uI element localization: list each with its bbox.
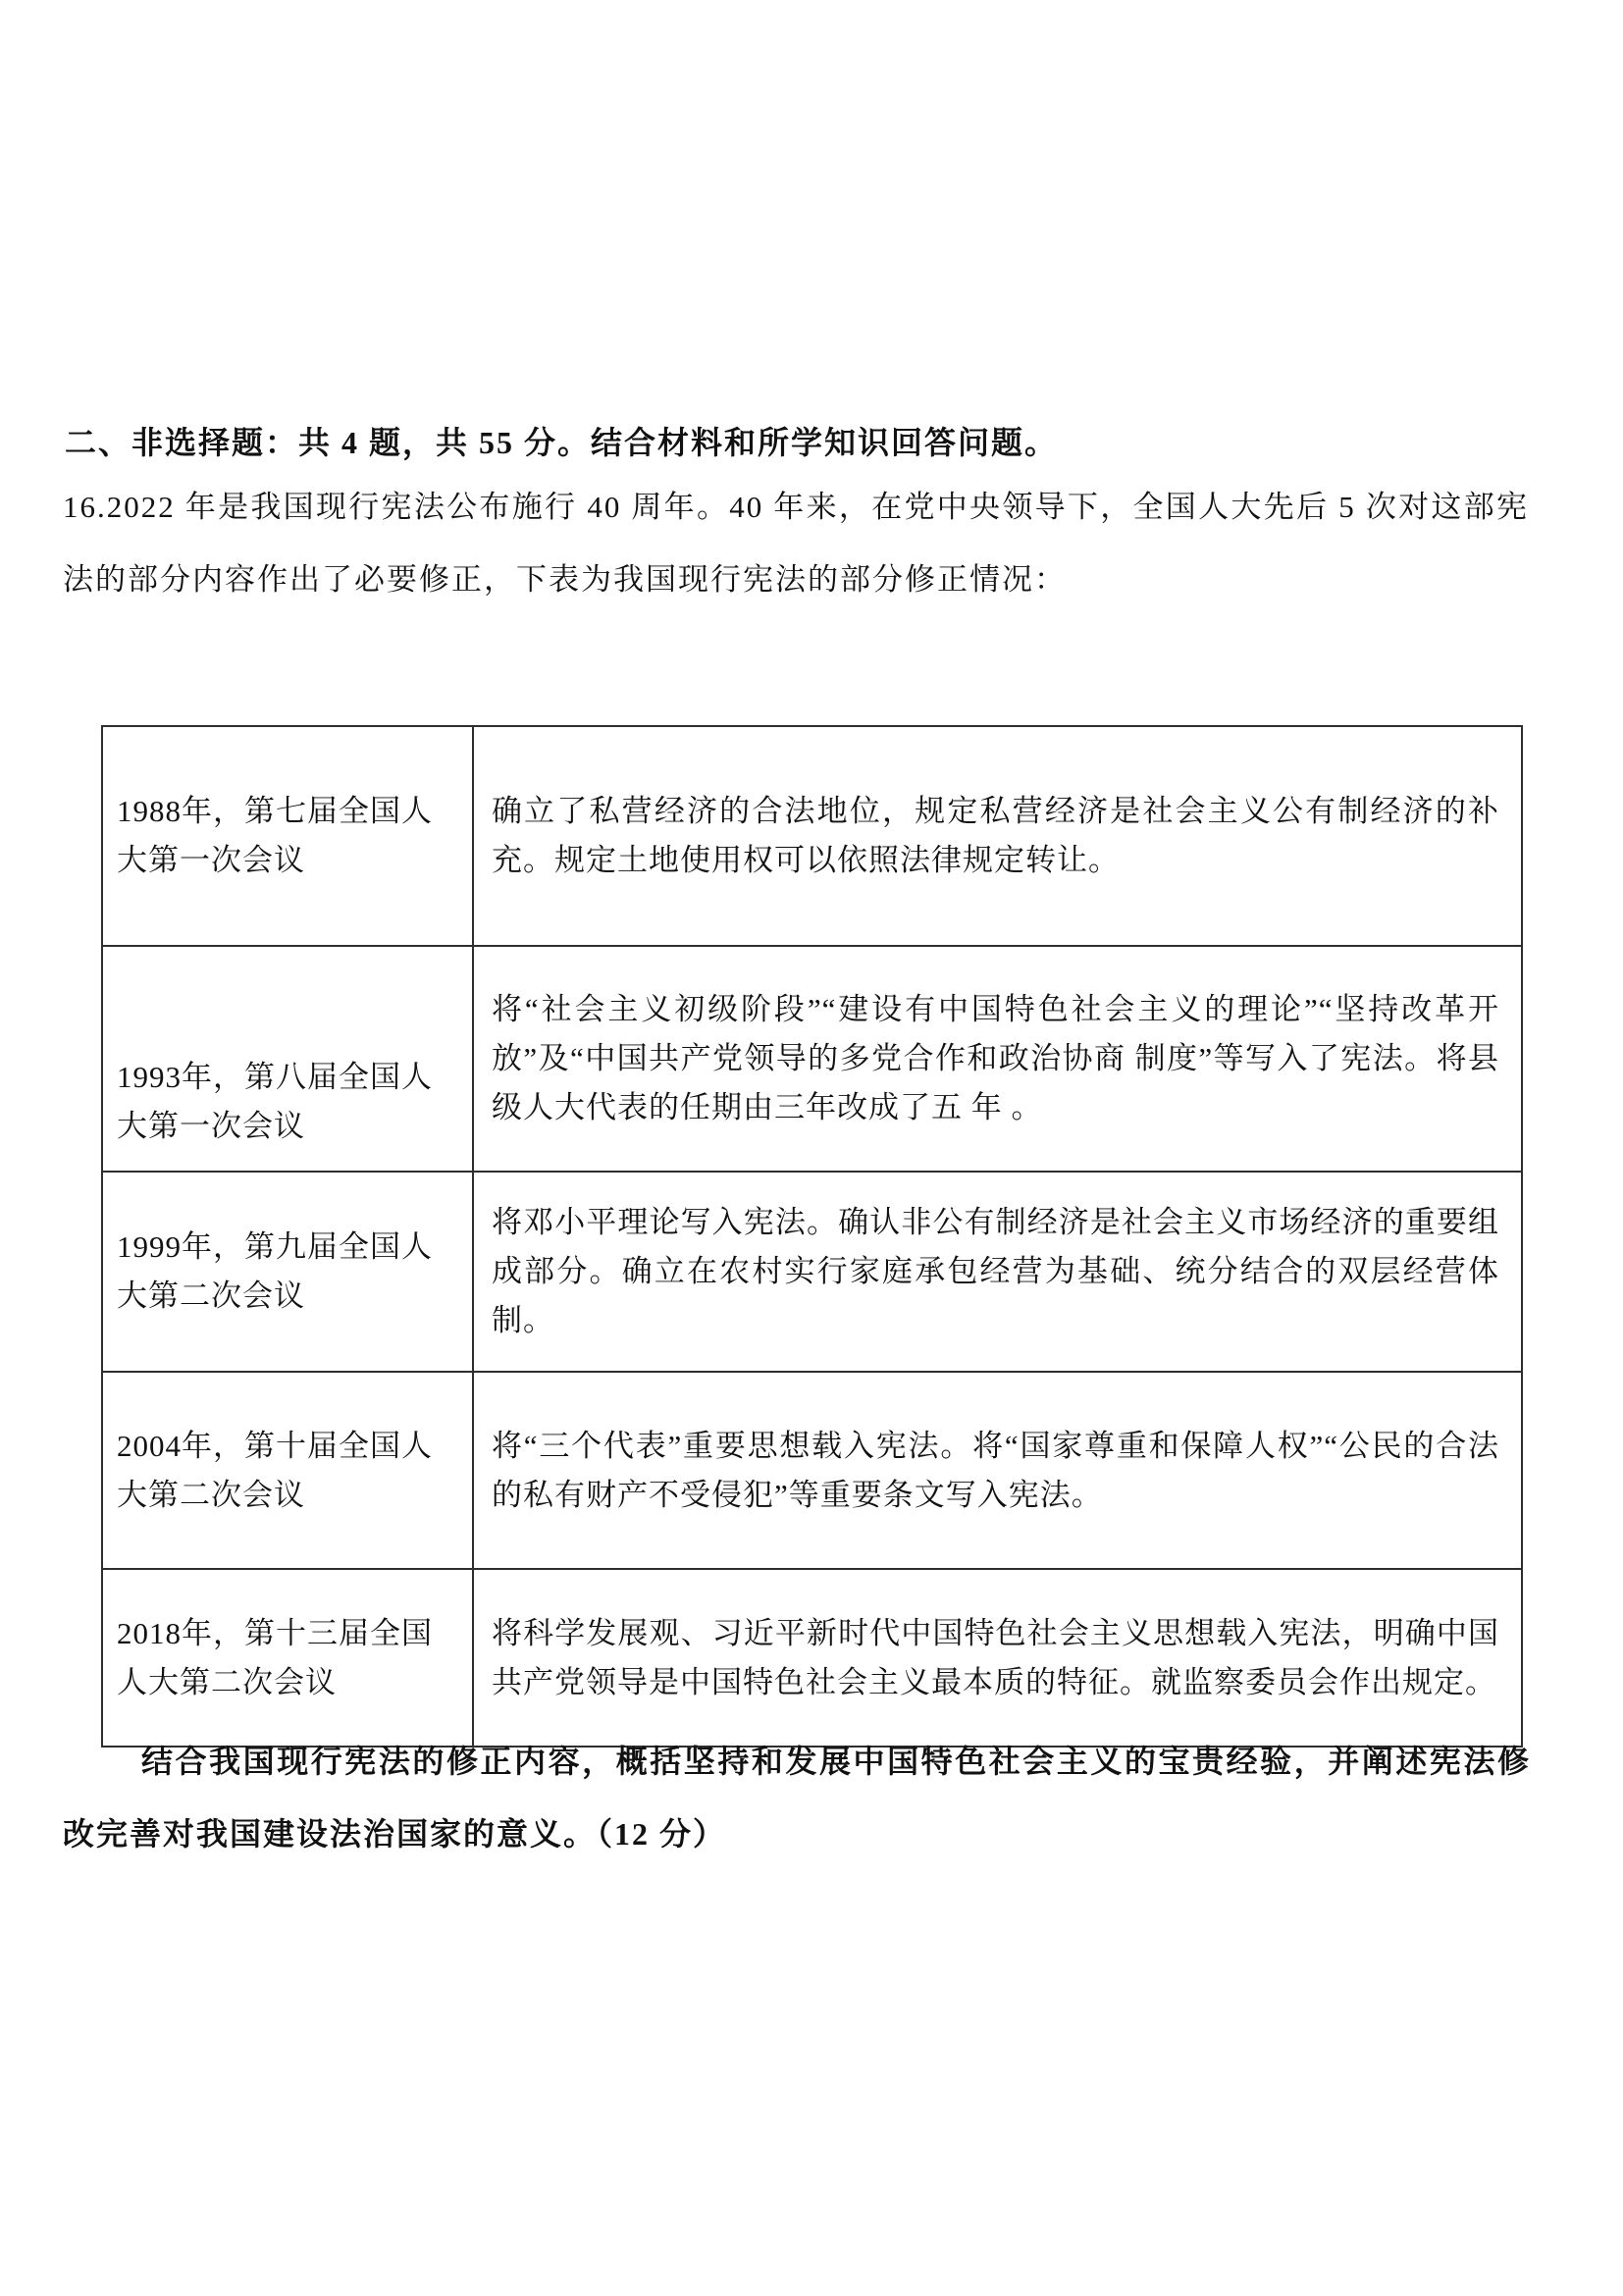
section-heading: 二、非选择题：共 4 题，共 55 分。结合材料和所学知识回答问题。 xyxy=(65,422,1537,463)
table-row: 1993年，第八届全国人大第一次会议 将“社会主义初级阶段”“建设有中国特色社会… xyxy=(102,946,1522,1172)
content-cell: 将邓小平理论写入宪法。确认非公有制经济是社会主义市场经济的重要组成部分。确立在农… xyxy=(473,1172,1522,1372)
table-row: 1988年，第七届全国人大第一次会议 确立了私营经济的合法地位，规定私营经济是社… xyxy=(102,726,1522,946)
content-cell: 将“三个代表”重要思想载入宪法。将“国家尊重和保障人权”“公民的合法的私有财产不… xyxy=(473,1372,1522,1569)
meeting-cell: 1999年，第九届全国人大第二次会议 xyxy=(102,1172,473,1372)
content-cell: 将科学发展观、习近平新时代中国特色社会主义思想载入宪法，明确中国共产党领导是中国… xyxy=(473,1569,1522,1747)
table-row: 2004年，第十届全国人大第二次会议 将“三个代表”重要思想载入宪法。将“国家尊… xyxy=(102,1372,1522,1569)
content-cell: 将“社会主义初级阶段”“建设有中国特色社会主义的理论”“坚持改革开放”及“中国共… xyxy=(473,946,1522,1172)
meeting-cell: 1993年，第八届全国人大第一次会议 xyxy=(102,946,473,1172)
table-row: 2018年，第十三届全国人大第二次会议 将科学发展观、习近平新时代中国特色社会主… xyxy=(102,1569,1522,1747)
meeting-cell: 2018年，第十三届全国人大第二次会议 xyxy=(102,1569,473,1747)
question-task: 结合我国现行宪法的修正内容，概括坚持和发展中国特色社会主义的宝贵经验，并阐述宪法… xyxy=(63,1725,1531,1870)
meeting-cell: 1988年，第七届全国人大第一次会议 xyxy=(102,726,473,946)
question-intro: 16.2022 年是我国现行宪法公布施行 40 周年。40 年来，在党中央领导下… xyxy=(63,471,1529,616)
document-page: 二、非选择题：共 4 题，共 55 分。结合材料和所学知识回答问题。 16.20… xyxy=(0,0,1623,2296)
meeting-cell: 2004年，第十届全国人大第二次会议 xyxy=(102,1372,473,1569)
constitution-amendments-table: 1988年，第七届全国人大第一次会议 确立了私营经济的合法地位，规定私营经济是社… xyxy=(101,725,1523,1748)
table-row: 1999年，第九届全国人大第二次会议 将邓小平理论写入宪法。确认非公有制经济是社… xyxy=(102,1172,1522,1372)
content-cell: 确立了私营经济的合法地位，规定私营经济是社会主义公有制经济的补充。规定土地使用权… xyxy=(473,726,1522,946)
